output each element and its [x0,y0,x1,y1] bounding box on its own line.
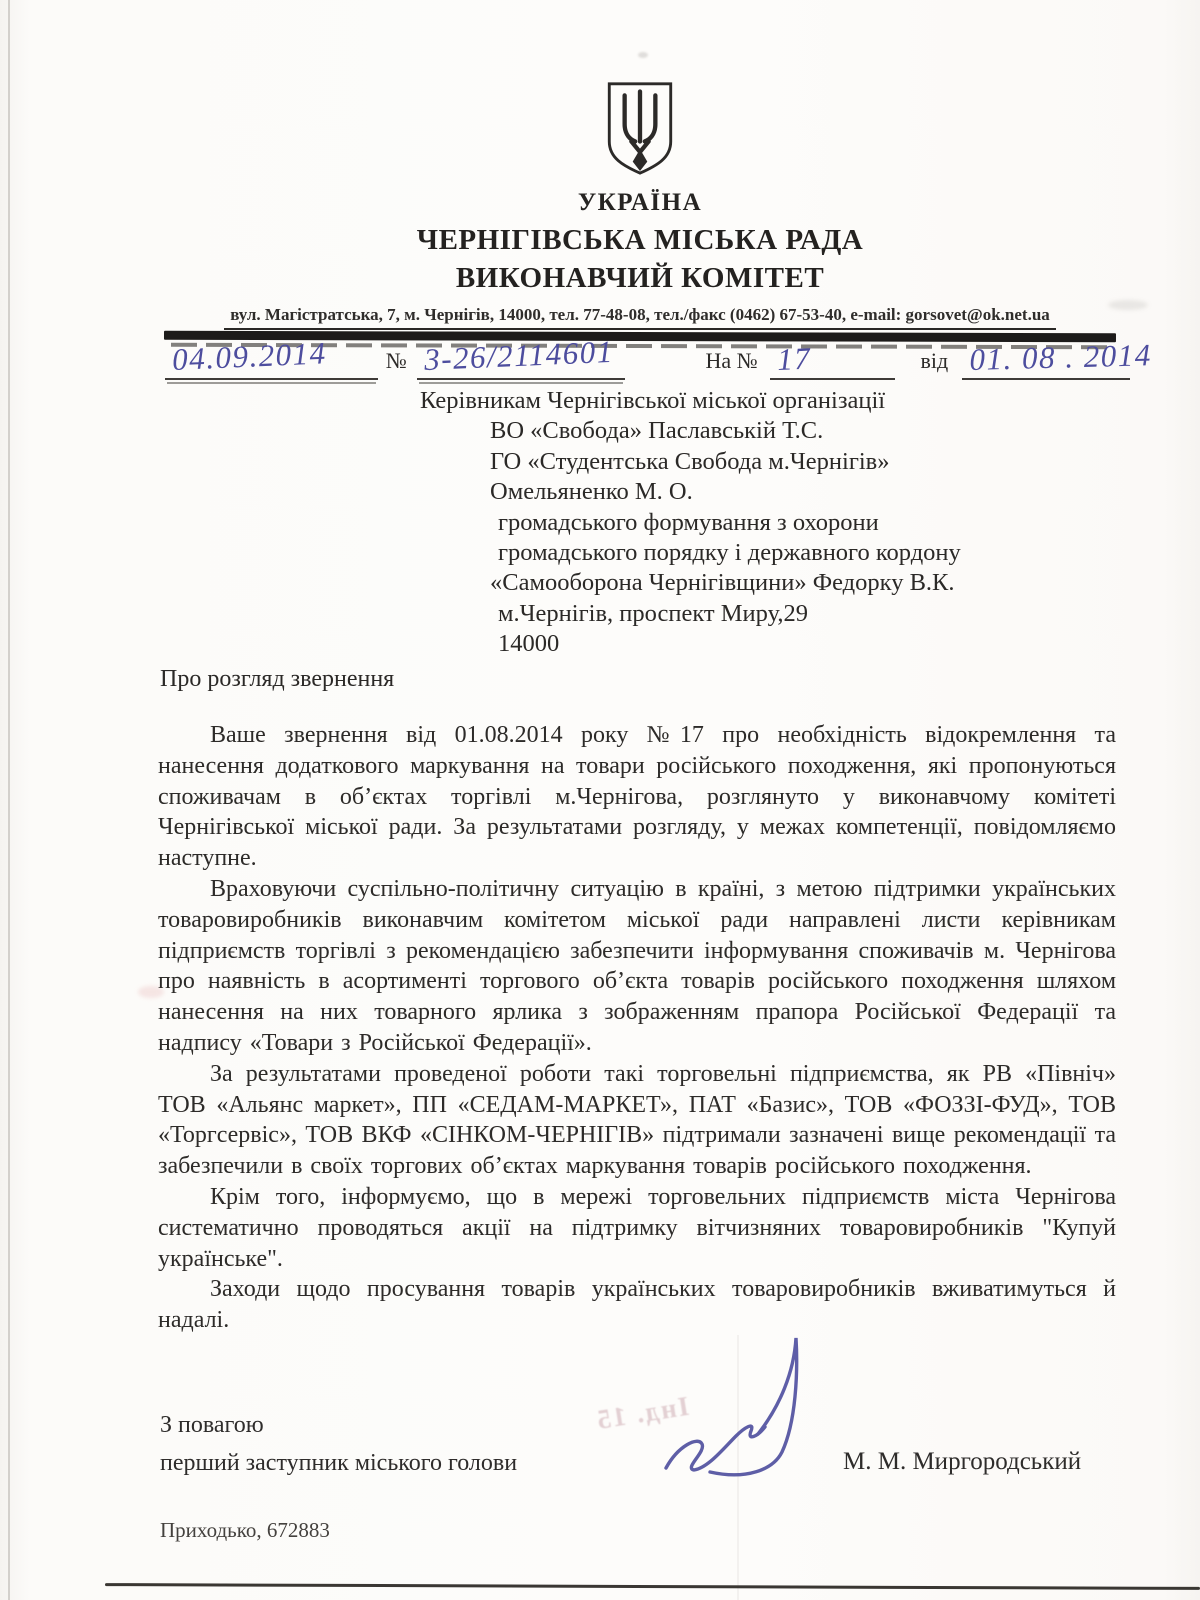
closing-salutation: З повагою [160,1412,264,1439]
recipient-line: Керівникам Чернігівської міської організ… [420,386,1120,416]
signer-title: перший заступник міського голови [160,1450,517,1477]
ukraine-trident-icon [601,80,679,176]
executor-reference: Приходько, 672883 [160,1518,330,1543]
reply-number-field: 17 [770,332,895,380]
body-paragraph: За результатами проведеної роботи такі т… [158,1059,1116,1182]
reply-number-handwriting: 17 [776,341,812,378]
outgoing-date-field: 04.09.2014 [165,332,378,380]
signer-name: М. М. Миргородський [843,1448,1081,1476]
reply-date-field: 01. 08 . 2014 [962,332,1130,380]
recipient-line: «Самооборона Чернігівщини» Федорку В.К. [420,568,1120,598]
letter-body: Ваше звернення від 01.08.2014 року №17 п… [158,720,1116,1336]
scanned-letter-page: УКРАЇНА ЧЕРНІГІВСЬКА МІСЬКА РАДА ВИКОНАВ… [0,0,1200,1600]
recipient-line: м.Чернігів, проспект Миру,29 [420,599,1120,629]
outgoing-number-handwriting: 3-26/2114601 [423,334,614,378]
handwritten-signature-icon [652,1328,852,1508]
number-sign-label: № [386,348,407,380]
body-paragraph: Крім того, інформуємо, що в мережі торго… [158,1182,1116,1274]
scan-edge-line [8,0,10,1600]
body-paragraph: Заходи щодо просування товарів українськ… [158,1274,1116,1336]
body-paragraph: Ваше звернення від 01.08.2014 року №17 п… [158,720,1116,874]
recipient-line: ГО «Студентська Свобода м.Чернігів» [420,447,1120,477]
reply-date-label: від [921,348,949,380]
subject-line: Про розгляд звернення [160,666,394,693]
recipient-block: Керівникам Чернігівської міської організ… [420,386,1120,660]
recipient-line: громадського порядку і державного кордон… [420,538,1120,568]
letterhead-country: УКРАЇНА [80,189,1200,217]
scan-smudge [638,52,648,58]
recipient-line: Омельяненко М. О. [420,477,1120,507]
reply-date-handwriting: 01. 08 . 2014 [969,337,1152,378]
body-paragraph: Враховуючи суспільно-політичну ситуацію … [158,874,1116,1059]
scan-bottom-edge [105,1583,1200,1590]
recipient-line: ВО «Свобода» Паславській Т.С. [420,416,1120,446]
letterhead-committee-name: ВИКОНАВЧИЙ КОМІТЕТ [80,262,1200,295]
outgoing-number-field: 3-26/2114601 [417,332,626,380]
letterhead: УКРАЇНА ЧЕРНІГІВСЬКА МІСЬКА РАДА ВИКОНАВ… [80,80,1200,348]
reply-to-label: На № [705,348,757,380]
letterhead-address: вул. Магістратська, 7, м. Чернігів, 1400… [224,305,1056,330]
recipient-line: 14000 [420,629,1120,659]
outgoing-date-handwriting: 04.09.2014 [171,335,327,378]
letterhead-council-name: ЧЕРНІГІВСЬКА МІСЬКА РАДА [80,224,1200,257]
registration-line: 04.09.2014 № 3-26/2114601 На № 17 від 01… [165,332,1130,380]
recipient-line: громадського формування з охорони [420,508,1120,538]
